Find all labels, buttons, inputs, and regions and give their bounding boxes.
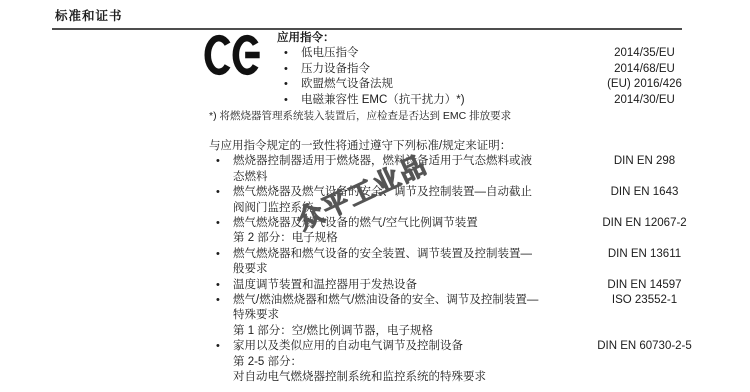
standard-row: • 燃气燃烧器及燃气设备的安全、调节及控制装置—自动截止 阀阀门监控系统 DIN… (209, 185, 717, 216)
standard-line: 阀阀门监控系统 (233, 201, 572, 216)
standard-line: 第 2 部分：电子规格 (233, 231, 572, 246)
standard-description: 燃气燃烧器及燃气设备的燃气/空气比例调节装置 第 2 部分：电子规格 (233, 216, 572, 247)
standard-line: 燃气燃烧器及燃气设备的燃气/空气比例调节装置 (233, 216, 572, 231)
standard-line: 般要求 (233, 262, 572, 277)
ce-mark-logo (204, 33, 262, 77)
standard-description: 燃气燃烧器和燃气设备的安全装置、调节装置及控制装置— 般要求 (233, 247, 572, 278)
directive-code: 2014/30/EU (572, 93, 717, 108)
standard-row: • 家用以及类似应用的自动电气调节及控制设备 第 2-5 部分： 对自动电气燃烧… (209, 339, 717, 385)
standard-description: 家用以及类似应用的自动电气调节及控制设备 第 2-5 部分： 对自动电气燃烧器控… (233, 339, 572, 385)
bullet-icon: • (209, 216, 233, 247)
standard-row: • 燃气燃烧器及燃气设备的燃气/空气比例调节装置 第 2 部分：电子规格 DIN… (209, 216, 717, 247)
directive-code: 2014/68/EU (572, 62, 717, 77)
standard-code: DIN EN 1643 (572, 185, 717, 216)
bullet-icon: • (209, 185, 233, 216)
directive-label: 压力设备指令 (301, 62, 572, 77)
directives-title: 应用指令： (277, 31, 717, 46)
bullet-icon: • (209, 278, 233, 293)
standard-row: • 燃气燃烧器和燃气设备的安全装置、调节装置及控制装置— 般要求 DIN EN … (209, 247, 717, 278)
standard-line: 燃气燃烧器和燃气设备的安全装置、调节装置及控制装置— (233, 247, 572, 262)
bullet-icon: • (209, 293, 233, 339)
standard-code: DIN EN 13611 (572, 247, 717, 278)
standard-row: • 燃烧器控制器适用于燃烧器，燃料设备适用于气态燃料或液 态燃料 DIN EN … (209, 154, 717, 185)
directive-label: 欧盟燃气设备法规 (301, 77, 572, 92)
standard-code: DIN EN 60730-2-5 (572, 339, 717, 385)
bullet-icon: • (209, 154, 233, 185)
header-divider (52, 28, 682, 30)
standard-line: 特殊要求 (233, 308, 572, 323)
standard-code: DIN EN 14597 (572, 278, 717, 293)
standards-section: 与应用指令规定的一致性将通过遵守下列标准/规定来证明： • 燃烧器控制器适用于燃… (209, 139, 717, 386)
bullet-icon: • (277, 46, 301, 61)
standard-line: 第 1 部分：空/燃比例调节器，电子规格 (233, 324, 572, 339)
directive-label: 电磁兼容性 EMC（抗干扰力）*) (301, 93, 572, 108)
standard-line: 燃气燃烧器及燃气设备的安全、调节及控制装置—自动截止 (233, 185, 572, 200)
directive-code: 2014/35/EU (572, 46, 717, 61)
document-page: 标准和证书 应用指令： • 低电压指令 2014/35/EU • 压力设备指令 … (0, 0, 750, 392)
directive-row: • 压力设备指令 2014/68/EU (277, 62, 717, 77)
standard-line: 燃烧器控制器适用于燃烧器，燃料设备适用于气态燃料或液 (233, 154, 572, 169)
standard-code: ISO 23552-1 (572, 293, 717, 339)
page-title: 标准和证书 (55, 6, 123, 24)
standard-description: 燃气燃烧器及燃气设备的安全、调节及控制装置—自动截止 阀阀门监控系统 (233, 185, 572, 216)
emc-footnote: *) 将燃烧器管理系统装入装置后，应检查是否达到 EMC 排放要求 (209, 110, 511, 123)
standards-intro: 与应用指令规定的一致性将通过遵守下列标准/规定来证明： (209, 139, 717, 154)
bullet-icon: • (209, 247, 233, 278)
standard-line: 温度调节装置和温控器用于发热设备 (233, 278, 572, 293)
standard-description: 燃气/燃油燃烧器和燃气/燃油设备的安全、调节及控制装置— 特殊要求 第 1 部分… (233, 293, 572, 339)
standard-code: DIN EN 12067-2 (572, 216, 717, 247)
standard-line: 第 2-5 部分： (233, 355, 572, 370)
ce-mark-icon (204, 33, 262, 77)
standard-line: 家用以及类似应用的自动电气调节及控制设备 (233, 339, 572, 354)
standard-row: • 燃气/燃油燃烧器和燃气/燃油设备的安全、调节及控制装置— 特殊要求 第 1 … (209, 293, 717, 339)
standard-description: 燃烧器控制器适用于燃烧器，燃料设备适用于气态燃料或液 态燃料 (233, 154, 572, 185)
bullet-icon: • (277, 62, 301, 77)
directive-label: 低电压指令 (301, 46, 572, 61)
standard-line: 态燃料 (233, 170, 572, 185)
standard-row: • 温度调节装置和温控器用于发热设备 DIN EN 14597 (209, 278, 717, 293)
standard-description: 温度调节装置和温控器用于发热设备 (233, 278, 572, 293)
directives-section: 应用指令： • 低电压指令 2014/35/EU • 压力设备指令 2014/6… (277, 31, 717, 108)
bullet-icon: • (277, 93, 301, 108)
directive-row: • 欧盟燃气设备法规 (EU) 2016/426 (277, 77, 717, 92)
standard-line: 燃气/燃油燃烧器和燃气/燃油设备的安全、调节及控制装置— (233, 293, 572, 308)
directive-code: (EU) 2016/426 (572, 77, 717, 92)
bullet-icon: • (277, 77, 301, 92)
bullet-icon: • (209, 339, 233, 385)
directive-row: • 低电压指令 2014/35/EU (277, 46, 717, 61)
standard-code: DIN EN 298 (572, 154, 717, 185)
standard-line: 对自动电气燃烧器控制系统和监控系统的特殊要求 (233, 370, 572, 385)
directive-row: • 电磁兼容性 EMC（抗干扰力）*) 2014/30/EU (277, 93, 717, 108)
